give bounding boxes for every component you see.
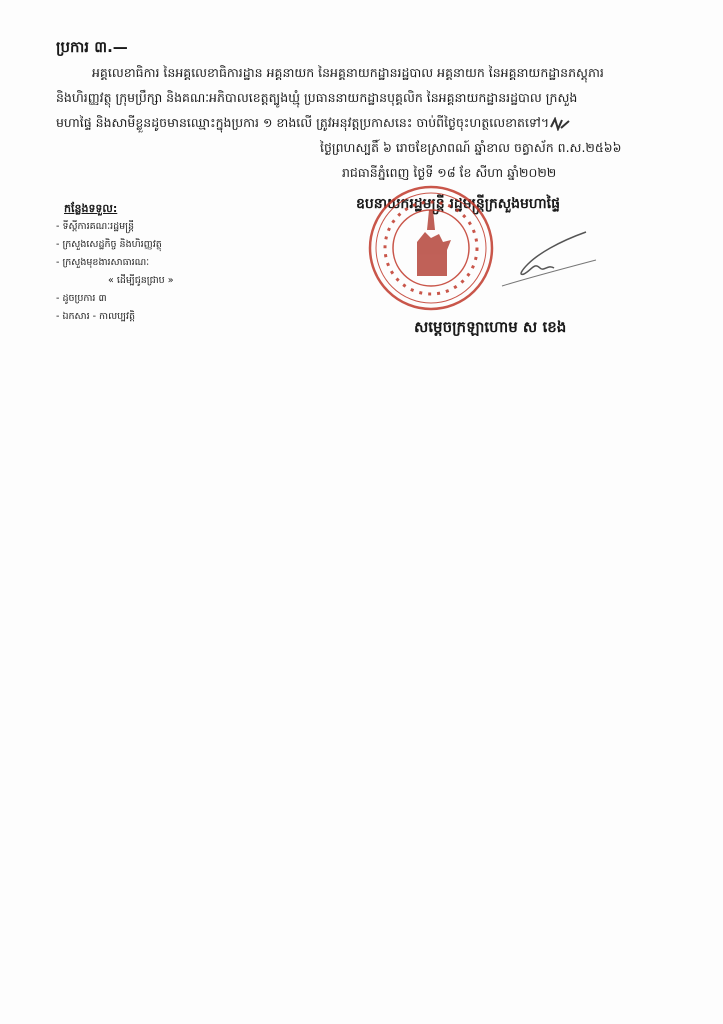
- recipient-item: - ឯកសារ - កាលប្បវត្តិ: [56, 308, 174, 326]
- recipient-item: - ក្រសួងមុខងារសាធារណៈ: [56, 254, 174, 272]
- lunar-date: ថ្ងៃព្រហស្បតិ៍ ៦ រោចខែស្រាពណ៍ ឆ្នាំខាល ច…: [320, 140, 621, 159]
- recipient-item: - ដូចប្រការ ៣: [56, 290, 174, 308]
- document-page: ប្រការ ៣.— អគ្គលេខាធិការ នៃអគ្គលេខាធិការ…: [0, 0, 723, 1024]
- recipients-title: កន្លែងទទួល:: [64, 200, 174, 218]
- recipient-item: - ទីស្តីការគណៈរដ្ឋមន្ត្រី: [56, 218, 174, 236]
- body-line: អគ្គលេខាធិការ នៃអគ្គលេខាធិការដ្ឋាន អគ្គន…: [56, 60, 672, 85]
- article-heading: ប្រការ ៣.—: [56, 38, 128, 60]
- recipient-note: « ដើម្បីជូនជ្រាប »: [56, 272, 174, 290]
- recipient-item: - ក្រសួងសេដ្ឋកិច្ច និងហិរញ្ញវត្ថុ: [56, 236, 174, 254]
- body-line-text: មហាផ្ទៃ និងសាមីខ្លួនដូចមានឈ្មោះក្នុងប្រក…: [56, 115, 549, 130]
- signature-icon: [488, 228, 598, 288]
- body-line: មហាផ្ទៃ និងសាមីខ្លួនដូចមានឈ្មោះក្នុងប្រក…: [56, 110, 672, 135]
- official-seal-icon: [367, 184, 495, 312]
- signer-name: សម្តេចក្រឡាហោម ស ខេង: [414, 318, 566, 340]
- article-body: អគ្គលេខាធិការ នៃអគ្គលេខាធិការដ្ឋាន អគ្គន…: [56, 60, 672, 135]
- initial-mark-icon: [549, 117, 571, 131]
- solar-date: រាជធានីភ្នំពេញ ថ្ងៃទី ១៨ ខែ សីហា ឆ្នាំ២០…: [342, 165, 556, 184]
- recipients-list: កន្លែងទទួល: - ទីស្តីការគណៈរដ្ឋមន្ត្រី - …: [56, 200, 174, 326]
- body-line: និងហិរញ្ញវត្ថុ ក្រុមប្រឹក្សា និងគណៈអភិបា…: [56, 85, 672, 110]
